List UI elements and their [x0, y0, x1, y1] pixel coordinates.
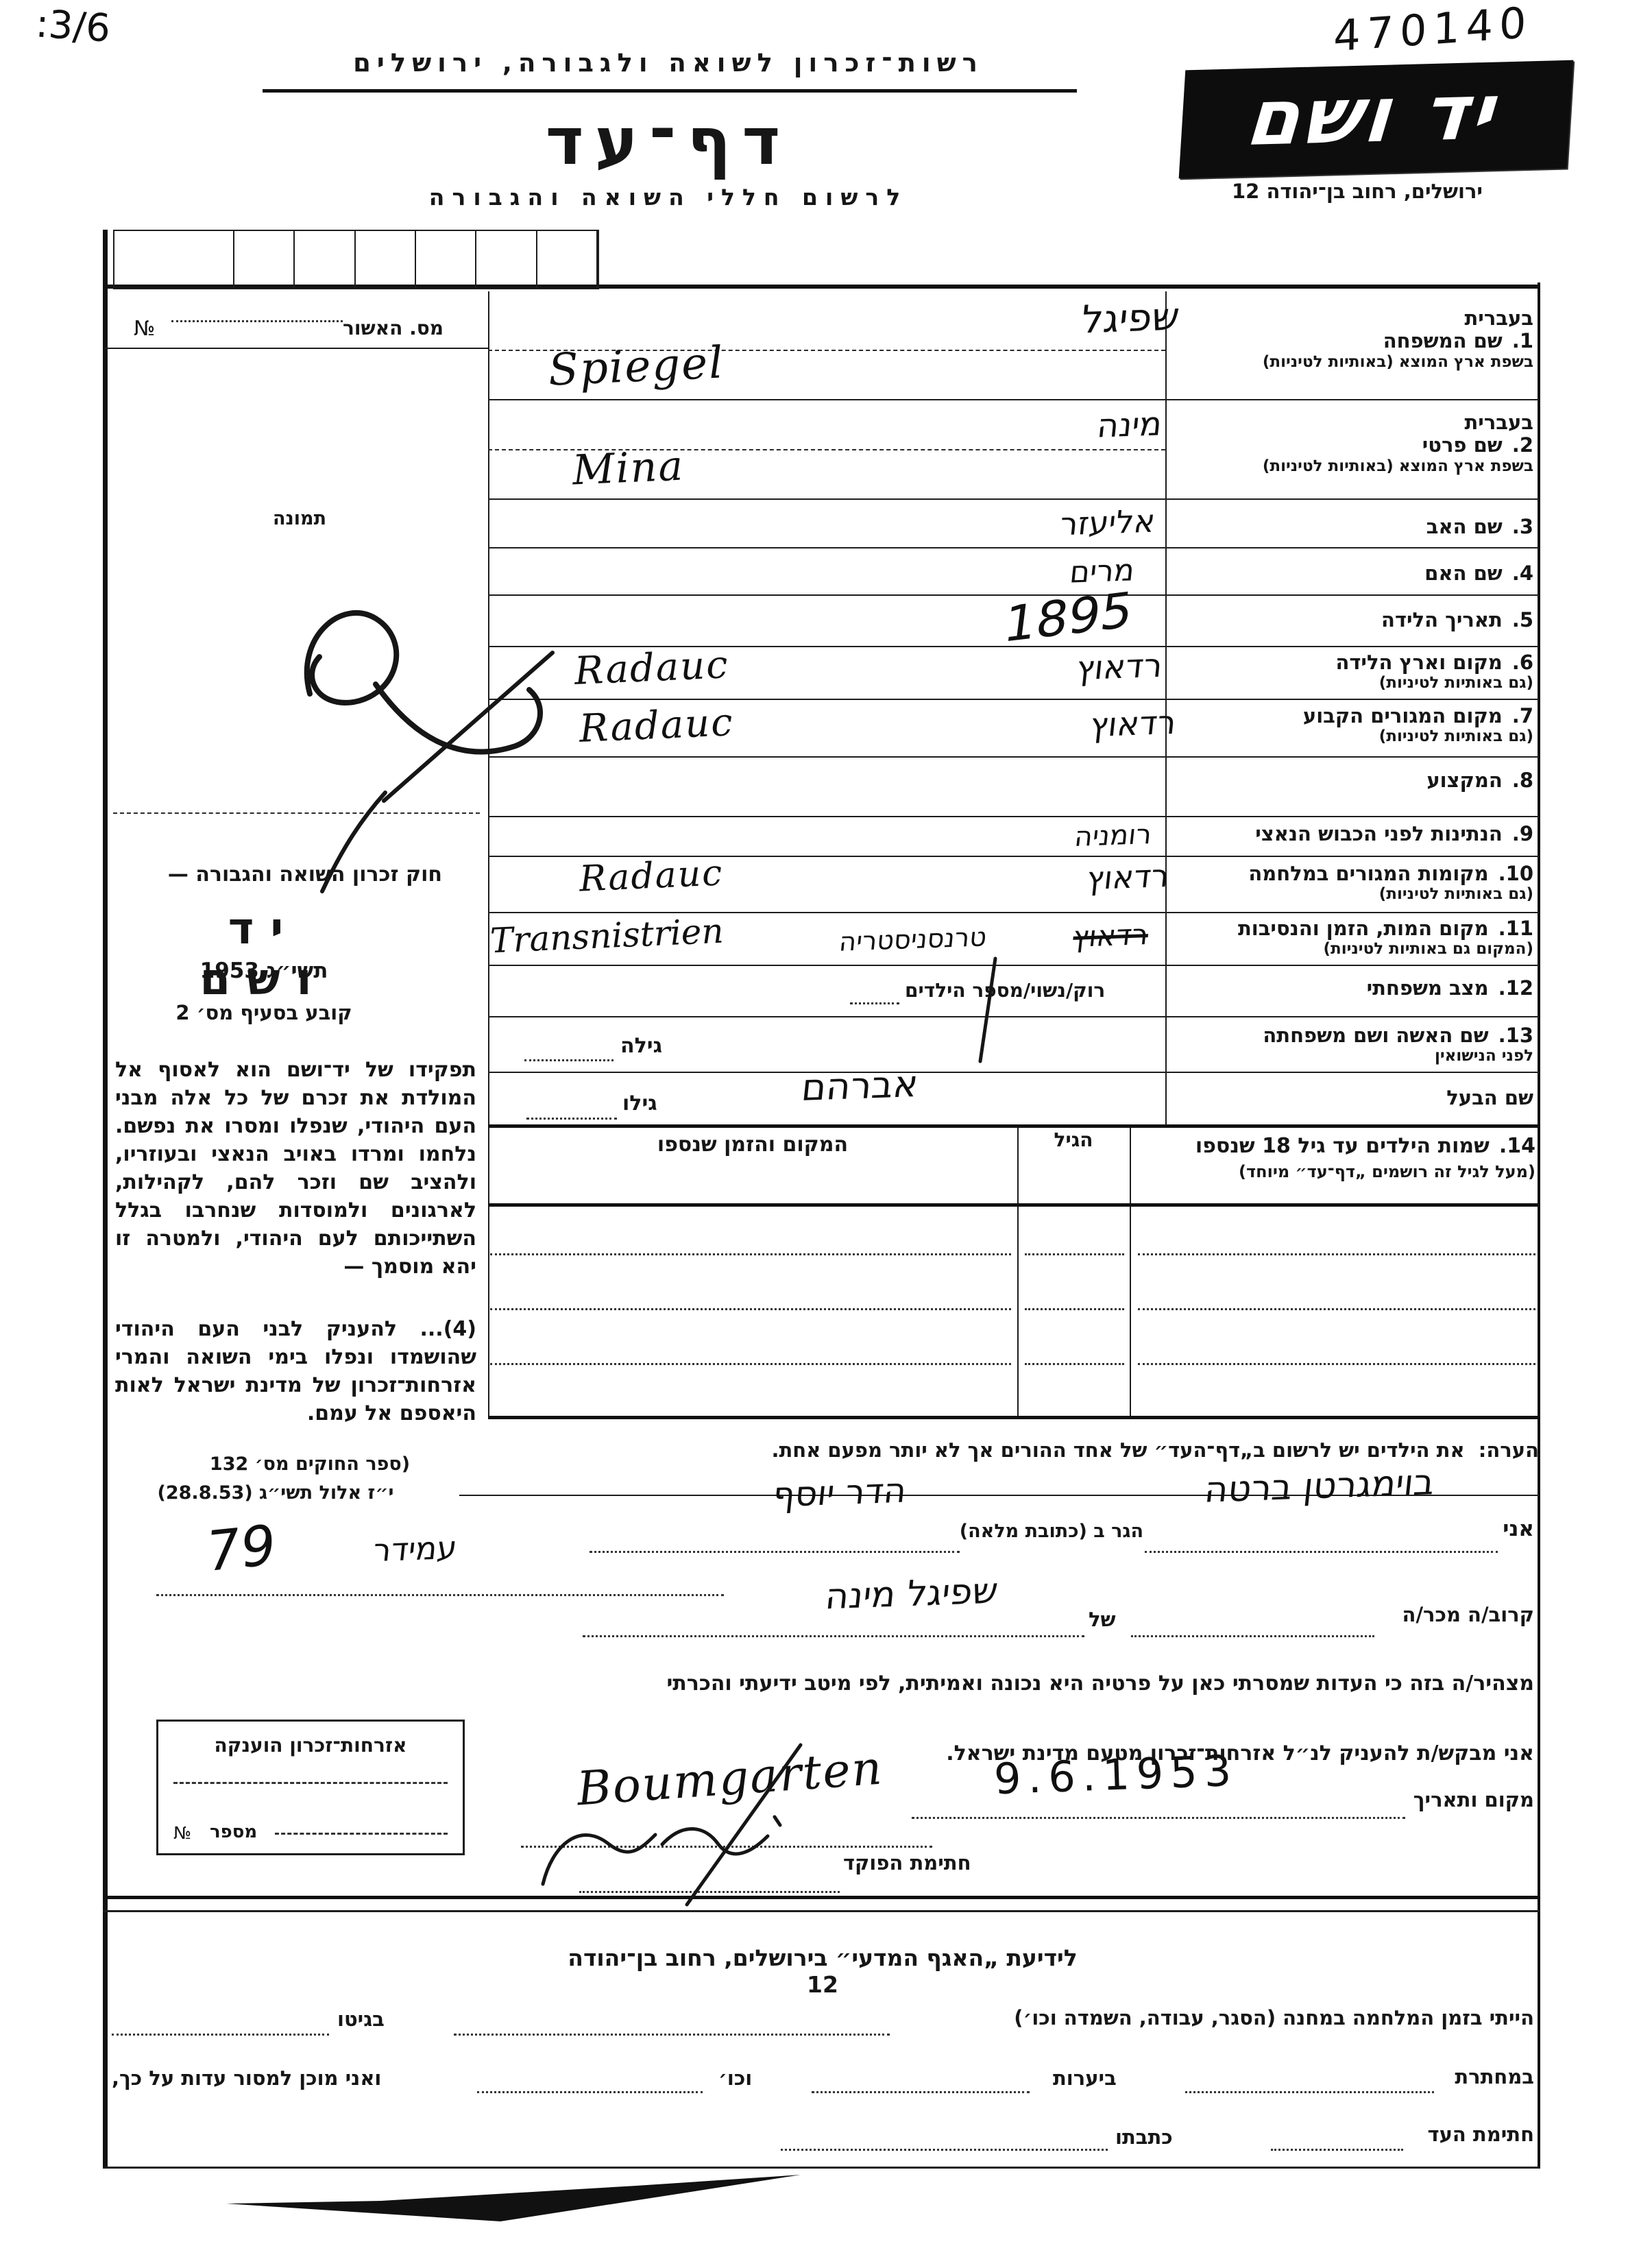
- dotted-line: [1185, 2091, 1434, 2093]
- registrar-signature: [543, 1817, 780, 1884]
- witness-signature-label: חתימת העד: [1428, 2123, 1534, 2146]
- table-row-dots: [1025, 1308, 1124, 1310]
- citizenship-box-number-label: מספר: [210, 1822, 257, 1842]
- entry-father-name: אליעזר: [1058, 503, 1157, 543]
- etc-label: וכו׳: [718, 2066, 752, 2090]
- entry-husband-name: אברהם: [799, 1062, 920, 1109]
- form-title: דף־עד: [260, 104, 1076, 180]
- table-bottom-rule: [488, 1416, 1539, 1419]
- note-line: הערה: את הילדים יש לרשום ב„דף־העד״ של אח…: [480, 1438, 1539, 1462]
- approval-no-dots: [171, 320, 343, 322]
- table-row-dots: [1025, 1253, 1124, 1255]
- field-label-4: .4שם האם: [1169, 562, 1533, 585]
- field-label-5: .5תאריך הלידה: [1169, 609, 1533, 631]
- declarant-i-label: אני: [1503, 1517, 1534, 1541]
- his-age-label: גילו: [622, 1092, 657, 1116]
- photo-bottom-dashed-rule: [113, 812, 480, 814]
- rule: [488, 498, 1539, 500]
- field-label-husband: שם הבעל: [1169, 1087, 1533, 1109]
- note-text: את הילדים יש לרשום ב„דף־העד״ של אחד ההור…: [771, 1438, 1464, 1462]
- camp-line-label: הייתי בזמן המלחמה במחנה (הסגר, עבודה, הש…: [1014, 2006, 1534, 2029]
- dotted-line: [156, 1594, 724, 1596]
- photo-area-scrawl: [307, 613, 396, 703]
- relation-label: קרוב/ה מכר/ה: [1402, 1603, 1534, 1626]
- table-header-rule: [488, 1203, 1539, 1207]
- dotted-line: [590, 1551, 960, 1553]
- stray-ink-stroke: [980, 958, 995, 1061]
- ghetto-label: בגיטו: [337, 2007, 385, 2031]
- her-age-dots: [524, 1059, 614, 1061]
- index-cell: [114, 231, 173, 288]
- rule: [488, 816, 1539, 817]
- table-row-dots: [490, 1363, 1011, 1365]
- index-cell: [234, 231, 295, 288]
- form-subtitle: לרשום חללי השואה והגבורה: [260, 184, 1076, 210]
- approval-no-symbol: №: [134, 317, 155, 341]
- border-right: [1538, 282, 1540, 2168]
- index-cell: [173, 231, 234, 288]
- law-logo-text: יד ושם: [154, 904, 374, 1005]
- law-reference-1: (ספר החוקים מס׳ 132: [197, 1454, 423, 1475]
- table-divider-2: [1130, 1124, 1131, 1416]
- index-cell: [537, 231, 598, 288]
- table-row-dots: [1025, 1363, 1124, 1365]
- entry-first-name-latin: Mina: [572, 442, 685, 494]
- field-label-13: .13שם האשה ושם משפחתהלפני הנישואין: [1169, 1024, 1533, 1065]
- field-label-7: .7מקום המגורים הקבוע(גם באותיות לטיניות): [1169, 705, 1533, 746]
- his-age-dots: [526, 1118, 617, 1120]
- entry-surname-latin: Spiegel: [548, 337, 725, 396]
- dotted-line: [579, 1891, 840, 1893]
- table-names-header: .14שמות הילדים עד גיל 18 שנספו (מעל לגיל…: [1134, 1133, 1535, 1183]
- entry-death-place-crossed-out: רדאוץ: [1071, 917, 1150, 954]
- entry-first-name-hebrew: מינה: [1095, 405, 1164, 445]
- citizenship-box-no-symbol: №: [173, 1823, 191, 1843]
- index-cells-strip: [113, 230, 599, 289]
- index-cell: [416, 231, 476, 288]
- rule: [488, 1072, 1539, 1073]
- table-row-dots: [490, 1308, 1011, 1310]
- note-label: הערה:: [1479, 1438, 1539, 1462]
- table-row-dots: [1138, 1363, 1535, 1365]
- rule: [103, 1910, 1540, 1912]
- entry-citizenship: רומניה: [1073, 819, 1154, 853]
- law-heading: חוק זכרון השואה והגבורה —: [120, 863, 442, 887]
- law-year: תשי״ג 1953: [154, 958, 374, 983]
- dotted-line: [1271, 2149, 1403, 2151]
- divider-sidebar: [488, 291, 489, 1416]
- file-number-handwritten: 470140: [1333, 0, 1533, 61]
- of-label: של: [1089, 1608, 1116, 1631]
- field-label-6: .6מקום וארץ הלידה(גם באותיות לטיניות): [1169, 651, 1533, 692]
- citizenship-box-line: [173, 1782, 448, 1784]
- dotted-line: [112, 2034, 329, 2036]
- law-paragraph: תפקידו של יד־ושם הוא לאסוף אל המולדת את …: [115, 1056, 476, 1281]
- authority-line: רשות־זכרון לשואה ולגבורה, ירושלים: [260, 48, 1076, 77]
- yad-vashem-logo: יד ושם: [1179, 60, 1574, 179]
- table-top-rule: [488, 1124, 1539, 1128]
- rule: [488, 547, 1539, 548]
- address-handwritten: הדר יוסף: [724, 1469, 956, 1516]
- approval-no-label: מס. האשור: [343, 317, 444, 339]
- entry-birth-date: 1895: [1000, 581, 1136, 653]
- entry-surname-hebrew: שפיגל: [1079, 295, 1182, 343]
- dotted-line: [1145, 1551, 1498, 1553]
- dotted-line: [912, 1817, 1405, 1819]
- submitter-signature-latin: Boumgarten: [520, 1737, 940, 1820]
- rule-heavy: [103, 1896, 1540, 1899]
- table-row-dots: [1138, 1253, 1535, 1255]
- relation-name-handwritten: שפיגל מינה: [738, 1567, 1086, 1620]
- submitter-name-handwritten: בוימגרטן ברטה: [1142, 1460, 1498, 1513]
- dotted-line: [1131, 1635, 1374, 1637]
- marital-dots: [850, 1002, 899, 1004]
- photo-area-scrawl: [376, 684, 540, 752]
- place-date-label: מקום ותאריך: [1413, 1788, 1534, 1811]
- photo-area-scrawl-slash: [384, 653, 552, 801]
- declaration-statement: מצהיר/ה בזה כי העדות שמסרתי כאן על פרטיה…: [666, 1672, 1534, 1696]
- entry-birth-place-latin: Radauc: [574, 642, 730, 694]
- daf-ed-page: :3/6 470140 רשות־זכרון לשואה ולגבורה, יר…: [0, 0, 1652, 2255]
- address-handwritten-number: 79: [204, 1512, 278, 1584]
- table-place-header: המקום והזמן שנספו: [488, 1133, 1017, 1157]
- field-label-1: בעברית.1שם המשפחהבשפת ארץ המוצא (באותיות…: [1169, 307, 1533, 371]
- dotted-line: [812, 2091, 1030, 2093]
- field-label-8: .8המקצוע: [1169, 769, 1533, 792]
- entry-war-residence-latin: Radauc: [579, 852, 725, 900]
- index-cell: [356, 231, 416, 288]
- rule: [488, 1016, 1539, 1017]
- table-age-header: הגיל: [1017, 1129, 1130, 1151]
- table-row-dots: [1138, 1308, 1535, 1310]
- citizenship-box-line: [275, 1833, 448, 1835]
- table-divider-1: [1017, 1124, 1019, 1416]
- citizenship-granted-box: אזרחות־זכרון הוענקה № מספר: [156, 1720, 465, 1855]
- field-label-12: .12מצב משפחתי: [1169, 977, 1533, 1000]
- underground-label: במחתרת: [1455, 2065, 1534, 2088]
- photo-label: תמונה: [273, 508, 326, 529]
- yad-vashem-logo-text: יד ושם: [1169, 65, 1583, 165]
- index-cell: [295, 231, 355, 288]
- witness-address-label: כתבתו: [1115, 2125, 1173, 2149]
- header-underline: [263, 89, 1077, 93]
- marital-status-line: רוק/נשוי/מספר הילדים: [905, 979, 1105, 1002]
- field-label-3: .3שם האב: [1169, 516, 1533, 538]
- address-handwritten-2: עמידר: [372, 1529, 459, 1569]
- table-row-dots: [490, 1253, 1011, 1255]
- rule: [488, 912, 1539, 913]
- entry-death-place-hebrew: טרנסניסטריה: [838, 921, 988, 956]
- entry-death-place-latin: Transnistrien: [489, 911, 725, 961]
- field-label-2: בעברית.2שם פרטיבשפת ארץ המוצא (באותיות ל…: [1169, 411, 1533, 475]
- entry-residence-latin: Radauc: [579, 700, 735, 751]
- index-cell: [476, 231, 537, 288]
- date-handwritten: 9.6.1953: [993, 1746, 1239, 1804]
- rule: [488, 756, 1539, 758]
- dotted-line: [781, 2149, 1108, 2151]
- field-label-9: .9הנתינות לפני הכבוש הנאצי: [1169, 823, 1533, 845]
- testify-label: ואני מוכן למסור עדות על כך,: [112, 2066, 381, 2090]
- clerk-signature-label: חתימת הפוקד: [843, 1851, 971, 1874]
- law-reference-2: י״ז אלול תשי״ג (28.8.53): [152, 1482, 399, 1504]
- field-label-11: .11מקום המות, הזמן והנסיבות(המקום גם באו…: [1169, 917, 1533, 958]
- rule: [488, 965, 1539, 966]
- address-label: הגר ב (כתובת מלאה): [958, 1521, 1143, 1542]
- entry-birth-place-hebrew: רדאוץ: [1074, 647, 1164, 688]
- citizenship-box-title: אזרחות־זכרון הוענקה: [158, 1734, 463, 1757]
- rule: [488, 699, 1539, 700]
- law-section: קובע בסעיף מס׳ 2: [154, 1001, 374, 1024]
- science-title: לידיעת „האגף המדעי״ בירושלים, רחוב בן־יה…: [562, 1944, 1083, 1998]
- rule: [488, 399, 1539, 400]
- entry-war-residence-hebrew: רדאוץ: [1085, 857, 1171, 897]
- dotted-line: [521, 1846, 932, 1848]
- dotted-line: [583, 1635, 1084, 1637]
- her-age-label: גילה: [620, 1034, 662, 1058]
- dotted-line: [477, 2091, 703, 2093]
- entry-residence-hebrew: רדאוץ: [1088, 703, 1178, 745]
- border-bottom: [103, 2167, 1540, 2169]
- forests-label: ביערות: [1053, 2066, 1117, 2090]
- border-left: [103, 230, 108, 2168]
- rule: [104, 348, 488, 349]
- scan-streak-artifact: [226, 2175, 801, 2221]
- corner-handwritten-note: :3/6: [34, 1, 112, 51]
- logo-address: ירושלים, רחוב בן־יהודה 12: [1165, 180, 1549, 203]
- law-clause: (4)... להעניק לבני העם היהודי שהושמדו ונ…: [115, 1315, 476, 1427]
- dotted-line: [454, 2034, 890, 2036]
- field-label-10: .10מקומות המגורים במלחמה(גם באותיות לטינ…: [1169, 863, 1533, 904]
